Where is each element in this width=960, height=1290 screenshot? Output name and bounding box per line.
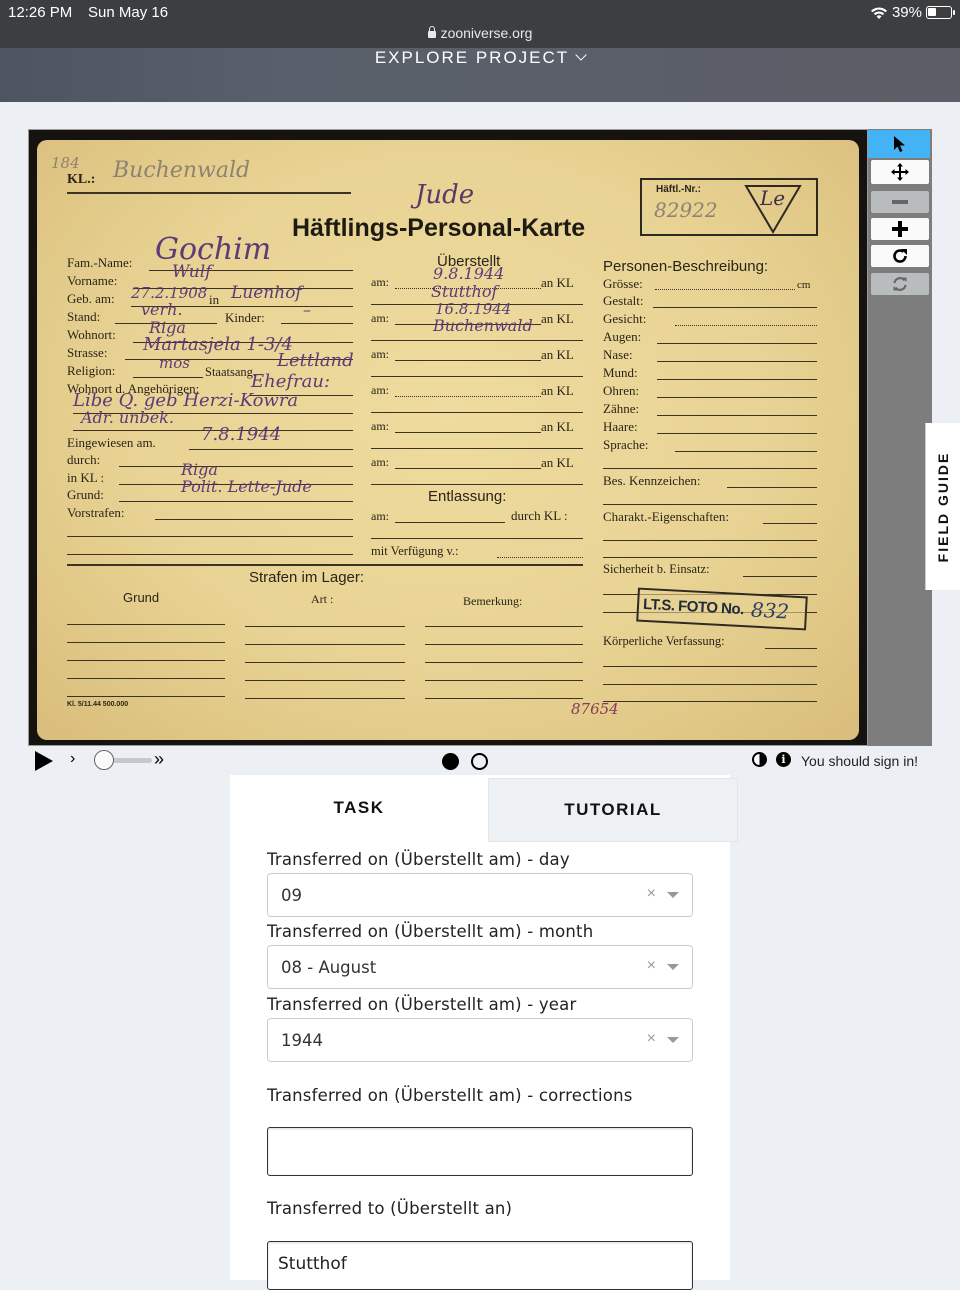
card-line xyxy=(371,538,583,539)
select-tool-button[interactable] xyxy=(868,130,930,158)
month-select[interactable]: 08 - August × xyxy=(267,945,693,989)
card-kl-value: Buchenwald xyxy=(113,158,250,183)
card-line xyxy=(371,448,583,449)
value-kinder: – xyxy=(303,300,311,319)
punishments-heading: Strafen im Lager: xyxy=(249,569,364,586)
label-vorstrafen: Vorstrafen: xyxy=(67,505,125,521)
card-footer-number: 87654 xyxy=(571,700,619,718)
transferred-to-label: Transferred to (Überstellt an) xyxy=(267,1199,512,1218)
subject-viewer[interactable]: 184 KL.: Buchenwald Jude Häftlings-Perso… xyxy=(28,129,868,746)
desc-zaehne: Zähne: xyxy=(603,401,639,417)
rotate-button[interactable] xyxy=(871,245,929,267)
card-line xyxy=(371,376,583,377)
transfer-am-label: am: xyxy=(371,383,389,398)
foto-stamp-value: 832 xyxy=(750,598,789,624)
card-line xyxy=(497,557,583,558)
card-line xyxy=(395,432,541,433)
haeftl-nr-label: Häftl.-Nr.: xyxy=(656,184,701,195)
year-label: Transferred on (Überstellt am) - year xyxy=(267,995,576,1014)
prisoner-card-image: 184 KL.: Buchenwald Jude Häftlings-Perso… xyxy=(37,140,859,740)
year-select-value: 1944 xyxy=(281,1031,323,1050)
chevron-down-icon xyxy=(576,49,587,60)
pointer-icon xyxy=(892,135,906,153)
value-stand: verh. xyxy=(141,300,183,319)
explore-project-button[interactable]: EXPLORE PROJECT xyxy=(0,48,960,68)
wifi-icon xyxy=(870,6,888,20)
desc-gesicht: Gesicht: xyxy=(603,311,646,327)
status-time: 12:26 PM xyxy=(8,4,72,21)
reset-view-button[interactable] xyxy=(871,273,929,295)
frame-dot-1-active[interactable] xyxy=(442,753,459,770)
card-line xyxy=(657,415,817,416)
rotate-icon xyxy=(892,248,908,264)
day-label: Transferred on (Überstellt am) - day xyxy=(267,850,570,869)
transfer-am-label: am: xyxy=(371,347,389,362)
value-vorname: Wulf xyxy=(172,262,211,282)
url-text: zooniverse.org xyxy=(441,25,533,41)
battery-icon xyxy=(926,6,952,19)
card-line xyxy=(155,519,353,520)
desc-koerperlich: Körperliche Verfassung: xyxy=(603,634,725,649)
refresh-icon xyxy=(892,276,908,292)
caret-down-icon[interactable] xyxy=(667,964,679,970)
punishments-col-bemerkung: Bemerkung: xyxy=(463,594,522,609)
label-geb-am: Geb. am: xyxy=(67,291,115,307)
transfer-am-label: am: xyxy=(371,275,389,290)
label-kinder: Kinder: xyxy=(225,310,265,326)
plus-icon xyxy=(892,221,908,237)
value-strasse: Martasjela 1-3/4 xyxy=(143,334,293,355)
transfer-am-label: am: xyxy=(371,311,389,326)
card-line xyxy=(657,433,817,434)
card-line xyxy=(371,412,583,413)
zoom-out-button[interactable] xyxy=(871,191,929,213)
transferred-to-input[interactable]: Stutthof xyxy=(267,1241,693,1280)
card-line xyxy=(675,451,817,452)
sign-in-notice: You should sign in! xyxy=(801,753,918,769)
url-bar[interactable]: zooniverse.org xyxy=(0,25,960,41)
label-durch: durch: xyxy=(67,452,100,468)
transfer-2-camp: Buchenwald xyxy=(433,316,533,335)
transfer-1-camp: Stutthof xyxy=(431,282,497,301)
transfer-an-kl-label: an KL xyxy=(541,419,574,435)
card-line xyxy=(675,325,817,326)
value-religion: mos xyxy=(159,354,190,372)
corrections-input[interactable] xyxy=(267,1127,693,1176)
transfer-an-kl-label: an KL xyxy=(541,347,574,363)
label-vorname: Vorname: xyxy=(67,273,117,289)
value-angehoerigen: Ehefrau: xyxy=(251,371,330,392)
card-line xyxy=(603,468,817,469)
release-heading: Entlassung: xyxy=(428,488,506,505)
caret-down-icon[interactable] xyxy=(667,1037,679,1043)
day-select-value: 09 xyxy=(281,886,302,905)
card-line xyxy=(371,484,583,485)
card-category: Jude xyxy=(415,180,474,210)
desc-nase: Nase: xyxy=(603,347,633,363)
desc-gestalt: Gestalt: xyxy=(603,293,643,309)
minus-icon xyxy=(892,200,908,204)
label-wohnort: Wohnort: xyxy=(67,327,116,343)
transfer-an-kl-label: an KL xyxy=(541,311,574,327)
label-strasse: Strasse: xyxy=(67,345,107,361)
desc-ohren: Ohren: xyxy=(603,383,639,399)
verfuegung-label: mit Verfügung v.: xyxy=(371,544,459,559)
tab-tutorial[interactable]: TUTORIAL xyxy=(488,778,738,842)
card-line xyxy=(657,379,817,380)
desc-haare: Haare: xyxy=(603,419,638,435)
card-line xyxy=(657,361,817,362)
card-line xyxy=(67,536,353,537)
year-select[interactable]: 1944 × xyxy=(267,1018,693,1062)
tab-tutorial-label: TUTORIAL xyxy=(564,800,662,820)
card-line xyxy=(603,540,817,541)
card-line xyxy=(603,557,817,558)
task-panel: TASK TUTORIAL Transferred on (Überstellt… xyxy=(230,775,730,1280)
value-angehoerigen-line3: Adr. unbek. xyxy=(81,408,174,427)
label-fam-name: Fam.-Name: xyxy=(67,255,132,271)
card-line xyxy=(189,449,353,450)
field-guide-tab[interactable]: FIELD GUIDE xyxy=(925,423,960,590)
punishments-col-art: Art : xyxy=(311,592,333,607)
info-icon[interactable]: i xyxy=(776,752,791,767)
value-staatsang: Lettland xyxy=(277,350,354,371)
card-line xyxy=(655,289,795,290)
desc-kennzeichen: Bes. Kennzeichen: xyxy=(603,473,700,489)
month-label: Transferred on (Überstellt am) - month xyxy=(267,922,593,941)
transfer-an-kl-label: an KL xyxy=(541,383,574,399)
punishments-col-grund: Grund xyxy=(123,590,159,605)
explore-project-label: EXPLORE PROJECT xyxy=(375,48,569,67)
browser-chrome: 12:26 PM Sun May 16 39% zooniverse.org xyxy=(0,0,960,48)
pan-tool-button[interactable] xyxy=(871,160,929,184)
haeftl-nr-box: Häftl.-Nr.: 82922 Le xyxy=(640,178,818,236)
card-line xyxy=(603,666,817,667)
day-select[interactable]: 09 × xyxy=(267,873,693,917)
move-icon xyxy=(891,163,909,181)
status-date: Sun May 16 xyxy=(88,4,168,21)
card-line xyxy=(67,192,351,194)
status-right: 39% xyxy=(870,4,952,21)
label-stand: Stand: xyxy=(67,309,100,325)
label-staatsang: Staatsang. xyxy=(205,365,256,380)
release-am-label: am: xyxy=(371,509,389,524)
field-guide-label: FIELD GUIDE xyxy=(935,451,951,562)
desc-sicherheit: Sicherheit b. Einsatz: xyxy=(603,562,710,577)
transfer-am-label: am: xyxy=(371,419,389,434)
card-line xyxy=(67,554,353,555)
tab-task-label: TASK xyxy=(333,798,384,818)
step-back-icon[interactable]: › xyxy=(70,750,75,768)
fast-forward-icon[interactable]: » xyxy=(154,749,164,770)
card-line xyxy=(395,360,541,361)
desc-sprache: Sprache: xyxy=(603,437,648,453)
corrections-label: Transferred on (Überstellt am) - correct… xyxy=(267,1086,633,1105)
project-header: EXPLORE PROJECT xyxy=(0,48,960,102)
transfer-an-kl-label: an KL xyxy=(541,275,574,291)
value-eingewiesen: 7.8.1944 xyxy=(201,424,281,445)
release-durch-label: durch KL : xyxy=(511,508,568,524)
foto-stamp-label: LT.S. FOTO No. xyxy=(643,596,745,618)
contrast-icon[interactable] xyxy=(752,752,767,767)
caret-down-icon[interactable] xyxy=(667,892,679,898)
clear-icon[interactable]: × xyxy=(647,957,656,975)
card-line xyxy=(603,504,817,505)
lock-icon xyxy=(428,31,436,38)
clear-icon[interactable]: × xyxy=(647,885,656,903)
card-line xyxy=(765,648,817,649)
card-kl-label: KL.: xyxy=(67,172,95,188)
viewer-toolbar xyxy=(868,129,932,746)
card-corner-number: 184 xyxy=(51,154,80,172)
card-line xyxy=(371,340,583,341)
frame-slider-thumb[interactable] xyxy=(94,750,114,770)
zoom-in-button[interactable] xyxy=(871,218,929,240)
clear-icon[interactable]: × xyxy=(647,1030,656,1048)
transfer-1-date: 9.8.1944 xyxy=(433,264,504,283)
label-grund: Grund: xyxy=(67,487,104,503)
desc-cm: cm xyxy=(797,279,810,291)
card-line xyxy=(657,397,817,398)
card-line xyxy=(653,307,817,308)
description-heading: Personen-Beschreibung: xyxy=(603,258,768,275)
desc-augen: Augen: xyxy=(603,329,641,345)
tab-task[interactable]: TASK xyxy=(230,775,488,841)
battery-percent: 39% xyxy=(892,4,922,21)
subject-controls: › » i You should sign in! xyxy=(0,748,960,774)
desc-charakter: Charakt.-Eigenschaften: xyxy=(603,509,729,525)
month-select-value: 08 - August xyxy=(281,958,376,977)
value-geb-in: Luenhof xyxy=(231,283,302,303)
haeftl-nr-value: 82922 xyxy=(654,198,718,222)
desc-mund: Mund: xyxy=(603,365,638,381)
label-eingewiesen: Eingewiesen am. xyxy=(67,435,156,451)
card-line xyxy=(727,487,817,488)
card-line xyxy=(67,564,583,566)
card-line xyxy=(603,701,817,702)
card-line xyxy=(743,576,817,577)
transfer-am-label: am: xyxy=(371,455,389,470)
card-line xyxy=(395,396,541,397)
card-title: Häftlings-Personal-Karte xyxy=(292,214,585,243)
value-grund: Polit. Lette-Jude xyxy=(181,477,312,496)
card-line xyxy=(281,323,353,324)
label-religion: Religion: xyxy=(67,363,115,379)
play-icon[interactable] xyxy=(35,751,53,771)
card-line xyxy=(395,522,505,523)
label-in-kl: in KL : xyxy=(67,470,104,486)
card-line xyxy=(133,377,203,378)
desc-groesse: Grösse: xyxy=(603,276,643,292)
triangle-mark: Le xyxy=(760,186,785,210)
status-bar: 12:26 PM Sun May 16 39% xyxy=(0,4,960,22)
card-line xyxy=(763,523,817,524)
card-print-code: Kl. 5/11.44 500.000 xyxy=(67,701,128,708)
card-line xyxy=(657,343,817,344)
card-line xyxy=(119,466,353,467)
card-line xyxy=(119,501,353,502)
frame-dot-2[interactable] xyxy=(471,753,488,770)
card-line xyxy=(395,468,541,469)
transfer-an-kl-label: an KL xyxy=(541,455,574,471)
card-line xyxy=(603,684,817,685)
